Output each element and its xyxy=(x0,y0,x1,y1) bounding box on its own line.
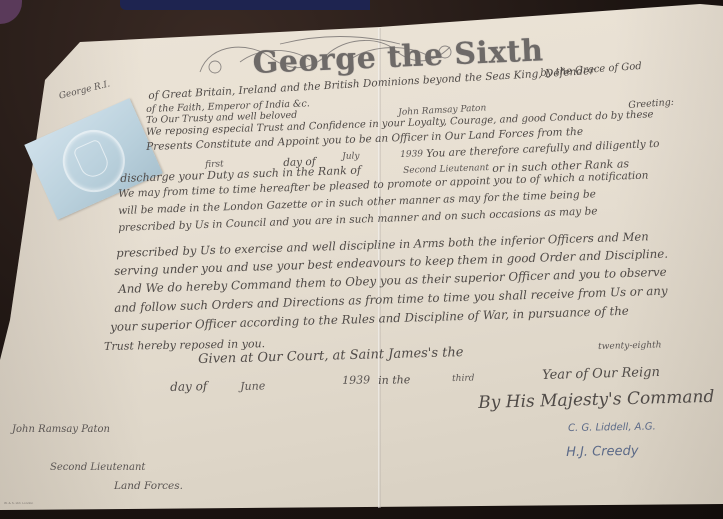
text-line: Year of Our Reign xyxy=(542,365,660,383)
footer-recipient-name: John Ramsay Paton xyxy=(12,424,110,435)
commission-month: July xyxy=(342,151,360,162)
given-month: June xyxy=(240,379,265,393)
printer-mark: W. & S. Ltd. London xyxy=(4,501,33,505)
signature-creedy: H.J. Creedy xyxy=(566,444,639,460)
text-line: in the xyxy=(378,373,410,387)
footer-service: Land Forces. xyxy=(114,480,183,492)
given-year: 1939 xyxy=(342,373,370,387)
given-day: twenty-eighth xyxy=(598,340,662,352)
blue-object xyxy=(120,0,370,10)
footer-rank: Second Lieutenant xyxy=(50,462,145,473)
reign-year: third xyxy=(452,373,475,384)
text-line: day of xyxy=(170,379,207,394)
signature-liddell: C. G. Liddell, A.G. xyxy=(568,421,656,434)
commission-year: 1939 xyxy=(400,149,423,160)
